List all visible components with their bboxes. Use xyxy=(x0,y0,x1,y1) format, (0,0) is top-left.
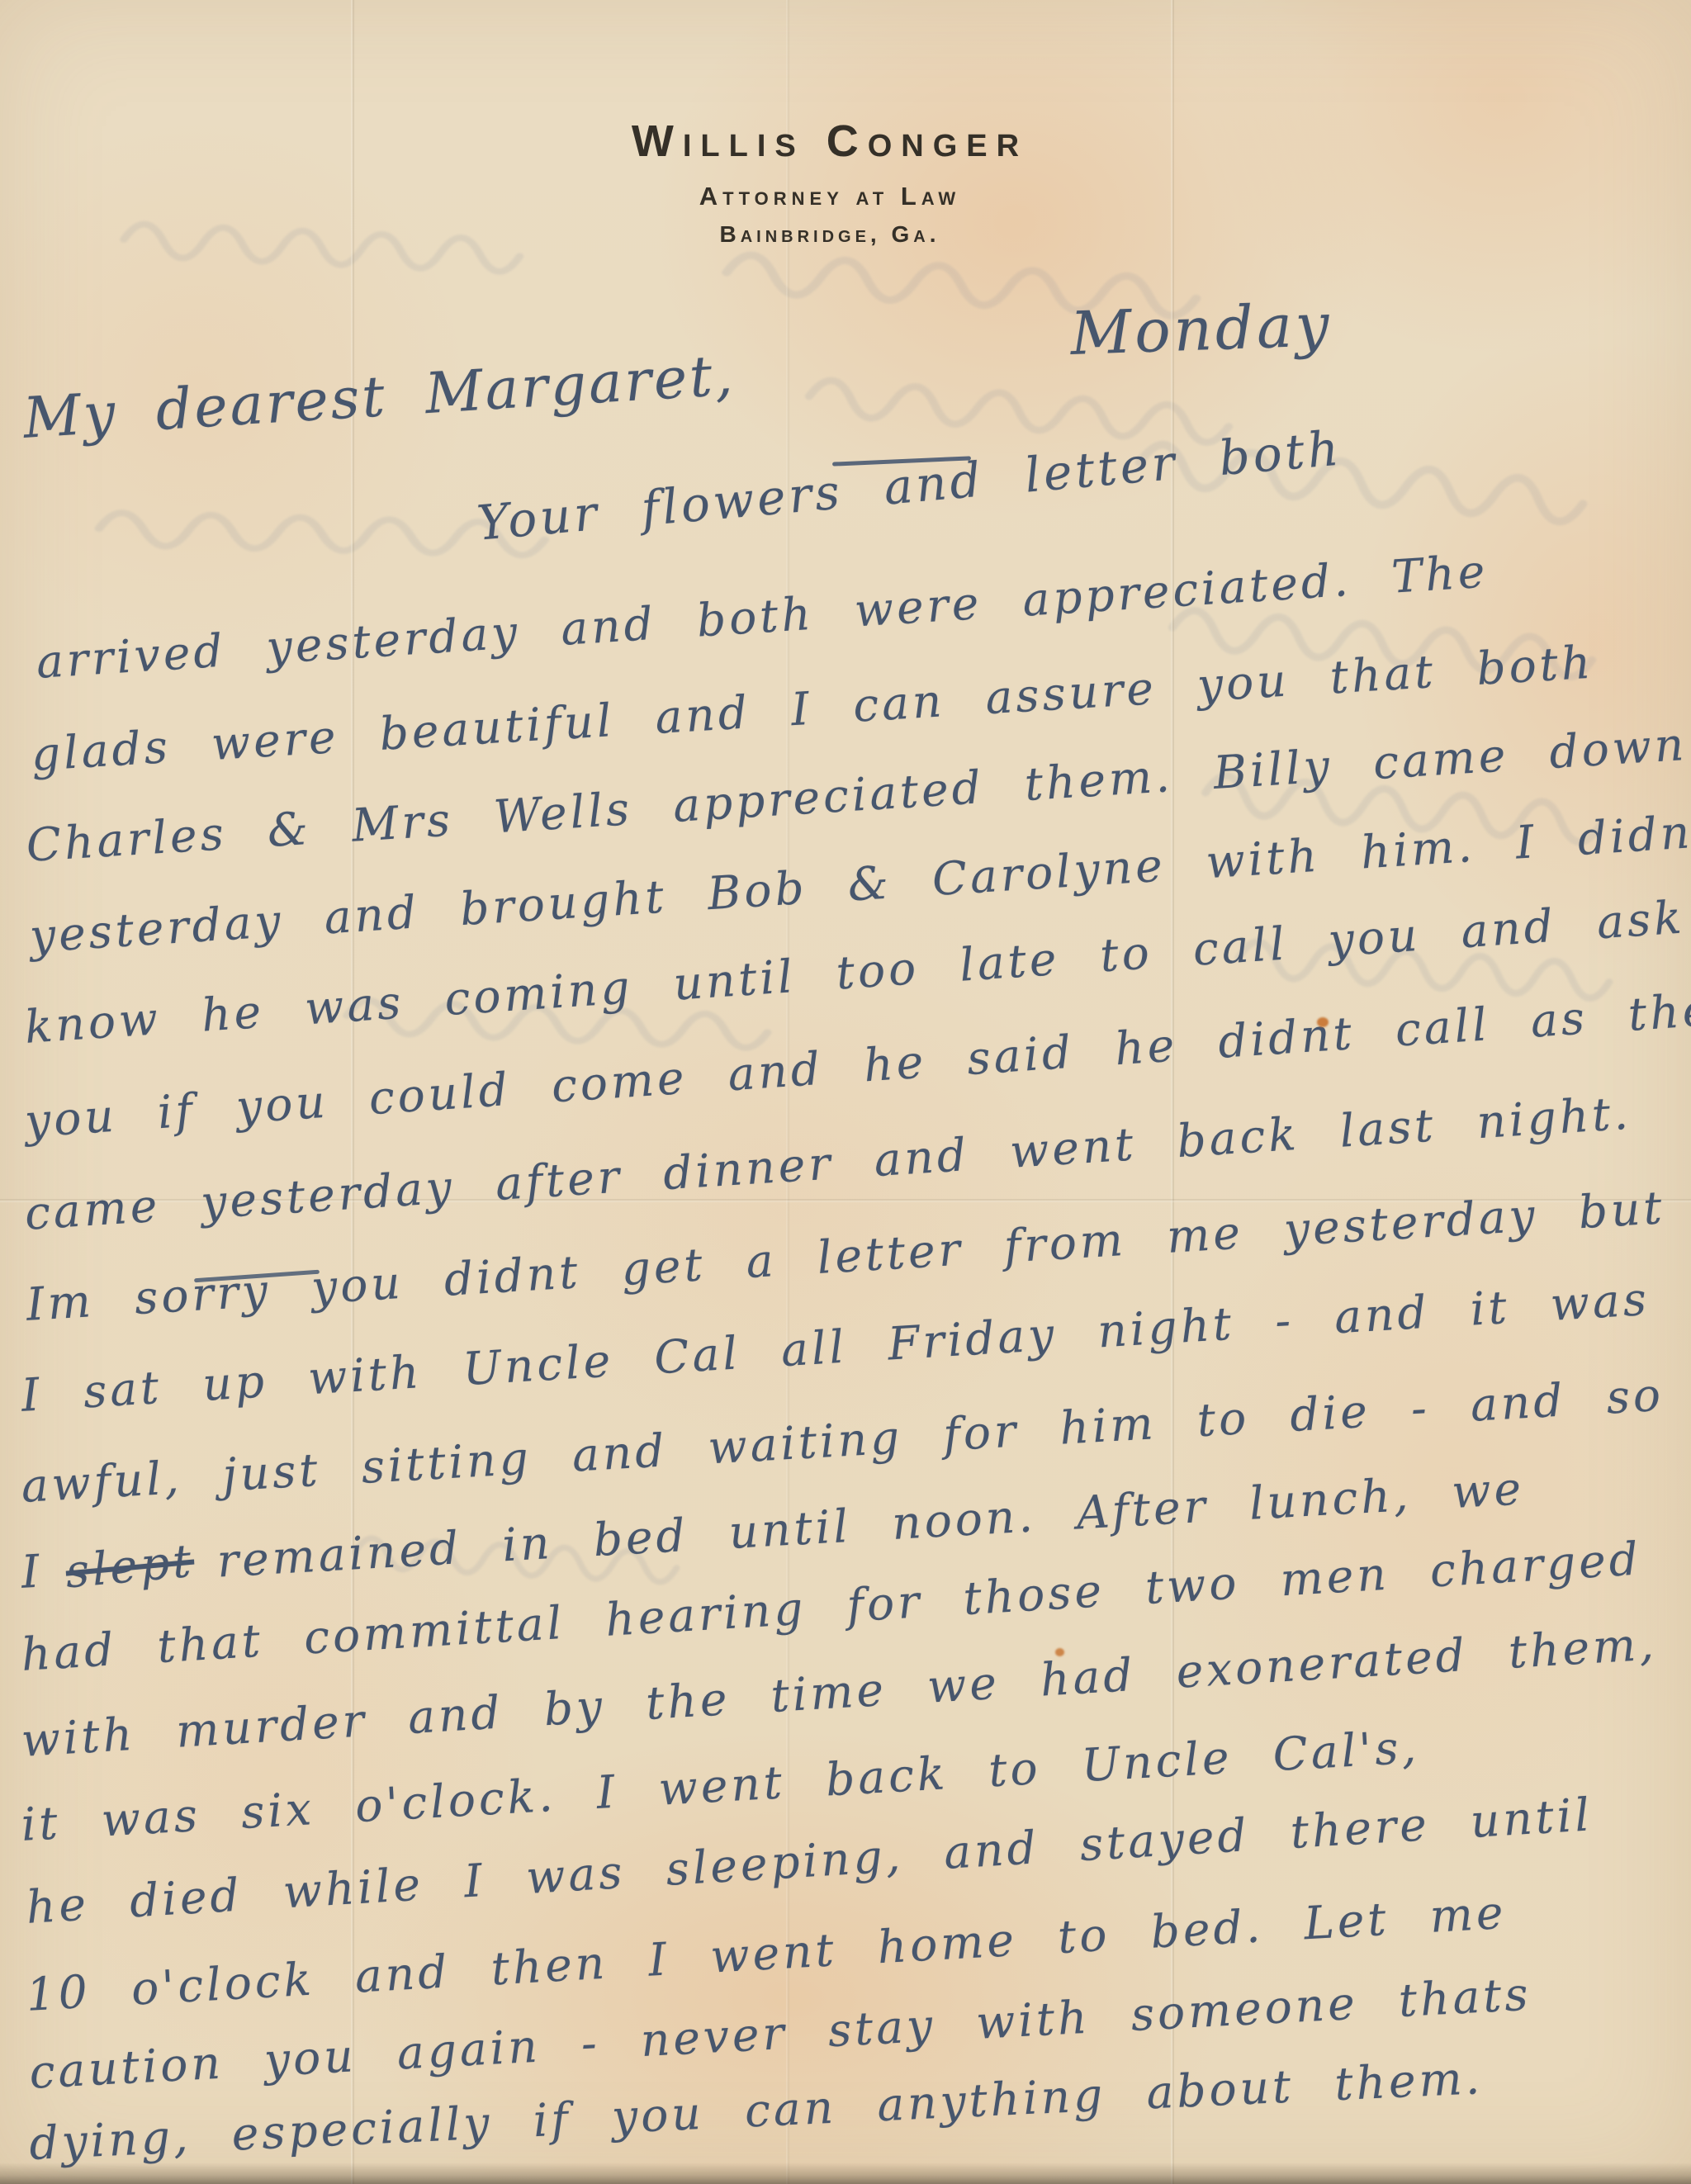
letter-page: Willis Conger Attorney at Law Bainbridge… xyxy=(0,0,1691,2184)
letterhead-name: Willis Conger xyxy=(0,116,1660,167)
foxing-speck xyxy=(1055,1648,1064,1656)
scan-edge-shadow xyxy=(0,2163,1691,2184)
date-line: Monday xyxy=(1069,290,1333,368)
line-text: I xyxy=(20,1545,44,1599)
salutation: My dearest Margaret, xyxy=(21,343,737,452)
letterhead-title: Attorney at Law xyxy=(0,182,1660,211)
crossed-out-word: slept xyxy=(64,1534,196,1599)
foxing-speck xyxy=(1317,1017,1329,1027)
letterhead: Willis Conger Attorney at Law Bainbridge… xyxy=(0,116,1660,248)
letterhead-location: Bainbridge, Ga. xyxy=(0,221,1660,248)
letter-line: Your flowers and letter both xyxy=(475,419,1344,551)
